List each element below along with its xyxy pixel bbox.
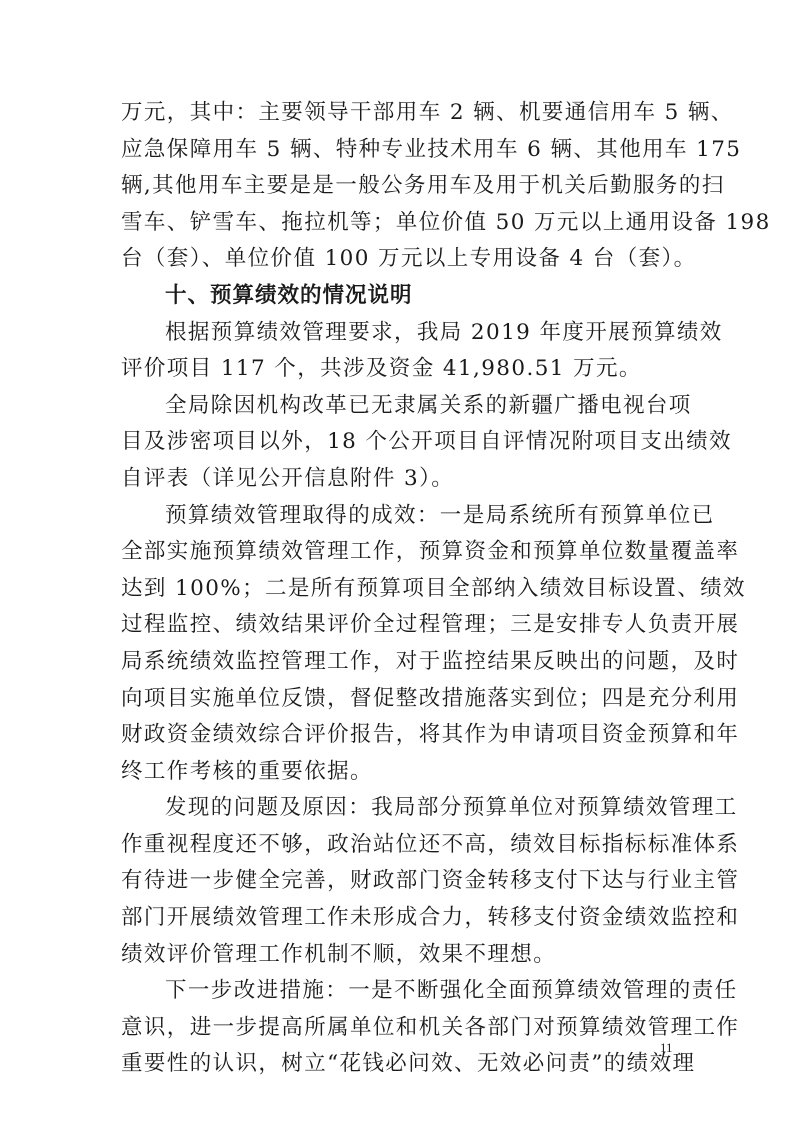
- text-line: 重要性的认识，树立“花钱必问效、无效必问责”的绩效理: [121, 1046, 673, 1083]
- text-line: 财政资金绩效综合评价报告，将其作为申请项目资金预算和年: [121, 717, 673, 754]
- paragraph-next-steps: 下一步改进措施：一是不断强化全面预算绩效管理的责任 意识，进一步提高所属单位和机…: [121, 973, 673, 1083]
- text-line: 评价项目 117 个，共涉及资金 41,980.51 万元。: [121, 351, 673, 388]
- text-line: 达到 100%；二是所有预算项目全部纳入绩效目标设置、绩效: [121, 571, 673, 608]
- paragraph-problems: 发现的问题及原因：我局部分预算单位对预算绩效管理工 作重视程度还不够，政治站位还…: [121, 790, 673, 973]
- text-line: 局系统绩效监控管理工作，对于监控结果反映出的问题，及时: [121, 644, 673, 681]
- text-line: 下一步改进措施：一是不断强化全面预算绩效管理的责任: [121, 973, 673, 1010]
- text-line: 过程监控、绩效结果评价全过程管理；三是安排专人负责开展: [121, 607, 673, 644]
- text-line: 有待进一步健全完善，财政部门资金转移支付下达与行业主管: [121, 863, 673, 900]
- text-line: 全局除因机构改革已无隶属关系的新疆广播电视台项: [121, 388, 673, 425]
- text-line: 万元，其中：主要领导干部用车 2 辆、机要通信用车 5 辆、: [121, 95, 673, 132]
- text-line: 辆,其他用车主要是是一般公务用车及用于机关后勤服务的扫: [121, 168, 673, 205]
- paragraph-evaluation-count: 根据预算绩效管理要求，我局 2019 年度开展预算绩效 评价项目 117 个，共…: [121, 315, 673, 388]
- paragraph-vehicles: 万元，其中：主要领导干部用车 2 辆、机要通信用车 5 辆、 应急保障用车 5 …: [121, 95, 673, 278]
- text-line: 作重视程度还不够，政治站位还不高，绩效目标指标标准体系: [121, 827, 673, 864]
- document-body: 万元，其中：主要领导干部用车 2 辆、机要通信用车 5 辆、 应急保障用车 5 …: [121, 95, 673, 1083]
- text-line: 向项目实施单位反馈，督促整改措施落实到位；四是充分利用: [121, 681, 673, 718]
- text-line: 发现的问题及原因：我局部分预算单位对预算绩效管理工: [121, 790, 673, 827]
- text-line: 目及涉密项目以外，18 个公开项目自评情况附项目支出绩效: [121, 424, 673, 461]
- paragraph-achievements: 预算绩效管理取得的成效：一是局系统所有预算单位已 全部实施预算绩效管理工作，预算…: [121, 498, 673, 791]
- text-line: 终工作考核的重要依据。: [121, 754, 673, 791]
- text-line: 部门开展绩效管理工作未形成合力，转移支付资金绩效监控和: [121, 900, 673, 937]
- page-number: 11: [660, 1040, 673, 1056]
- text-line: 全部实施预算绩效管理工作，预算资金和预算单位数量覆盖率: [121, 534, 673, 571]
- text-line: 绩效评价管理工作机制不顺，效果不理想。: [121, 937, 673, 974]
- text-line: 预算绩效管理取得的成效：一是局系统所有预算单位已: [121, 498, 673, 535]
- section-heading: 十、预算绩效的情况说明: [121, 278, 673, 315]
- text-line: 台（套）、单位价值 100 万元以上专用设备 4 台（套）。: [121, 241, 673, 278]
- text-line: 雪车、铲雪车、拖拉机等；单位价值 50 万元以上通用设备 198: [121, 205, 673, 242]
- text-line: 自评表（详见公开信息附件 3）。: [121, 461, 673, 498]
- paragraph-public-projects: 全局除因机构改革已无隶属关系的新疆广播电视台项 目及涉密项目以外，18 个公开项…: [121, 388, 673, 498]
- text-line: 应急保障用车 5 辆、特种专业技术用车 6 辆、其他用车 175: [121, 132, 673, 169]
- text-line: 意识，进一步提高所属单位和机关各部门对预算绩效管理工作: [121, 1010, 673, 1047]
- text-line: 根据预算绩效管理要求，我局 2019 年度开展预算绩效: [121, 315, 673, 352]
